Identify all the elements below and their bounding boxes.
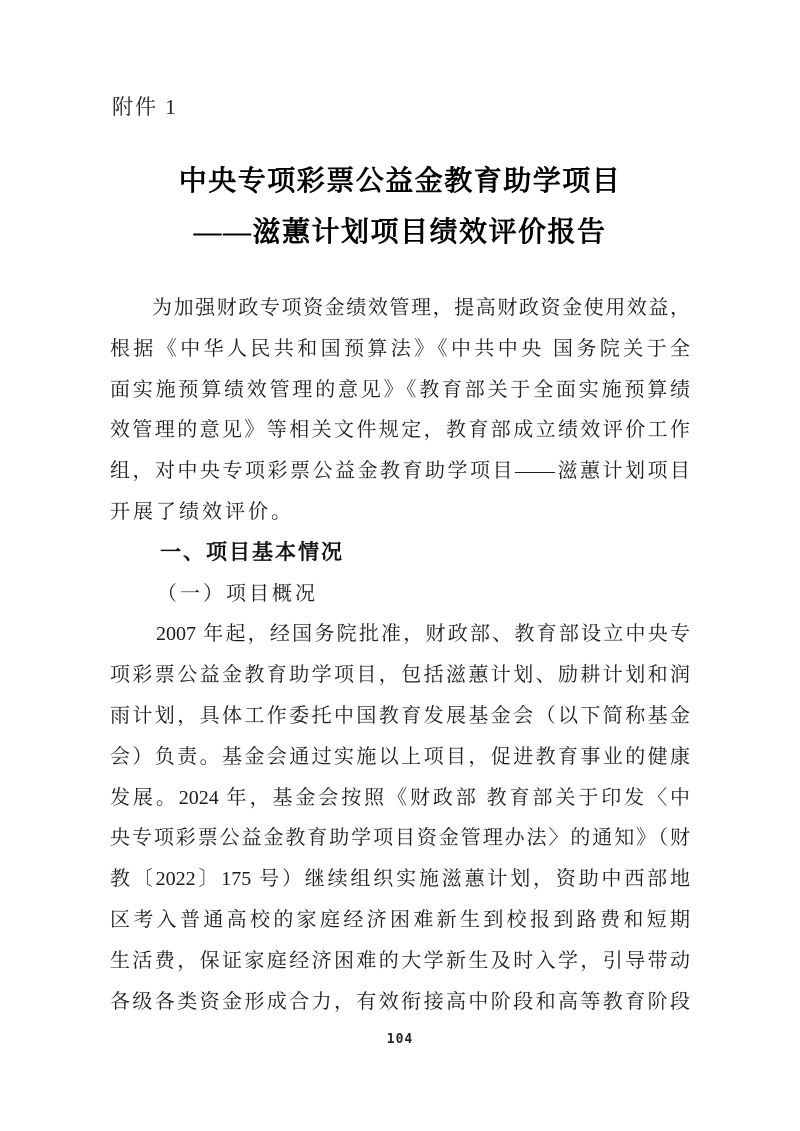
- intro-paragraph-line: 开展了绩效评价。: [110, 492, 690, 533]
- intro-paragraph-line: 面实施预算绩效管理的意见》《教育部关于全面实施预算绩: [110, 370, 690, 411]
- body-paragraph-line: 会）负责。基金会通过实施以上项目，促进教育事业的健康: [110, 737, 690, 778]
- body-paragraph-line: 2007 年起，经国务院批准，财政部、教育部设立中央专: [110, 614, 690, 655]
- section-heading: 一、项目基本情况: [110, 533, 690, 574]
- report-title-line2: ——滋蕙计划项目绩效评价报告: [0, 207, 800, 258]
- section-subheading: （一）项目概况: [110, 574, 690, 615]
- body-paragraph-line: 发展。2024 年，基金会按照《财政部 教育部关于印发〈中: [110, 778, 690, 819]
- document-page: 附件 1 中央专项彩票公益金教育助学项目 ——滋蕙计划项目绩效评价报告 为加强财…: [0, 0, 800, 1131]
- body-paragraph-line: 区考入普通高校的家庭经济困难新生到校报到路费和短期: [110, 900, 690, 941]
- body-paragraph-line: 央专项彩票公益金教育助学项目资金管理办法〉的通知》（财: [110, 818, 690, 859]
- attachment-label: 附件 1: [112, 91, 178, 121]
- report-title-line1: 中央专项彩票公益金教育助学项目: [0, 156, 800, 207]
- body-paragraph-line: 教〔2022〕175 号）继续组织实施滋蕙计划，资助中西部地: [110, 859, 690, 900]
- body-paragraph-line: 生活费，保证家庭经济困难的大学新生及时入学，引导带动: [110, 941, 690, 982]
- intro-paragraph-line: 为加强财政专项资金绩效管理，提高财政资金使用效益，: [110, 288, 690, 329]
- report-title: 中央专项彩票公益金教育助学项目 ——滋蕙计划项目绩效评价报告: [0, 156, 800, 258]
- page-number: 104: [0, 1032, 800, 1047]
- body-paragraph-line: 各级各类资金形成合力，有效衔接高中阶段和高等教育阶段: [110, 982, 690, 1023]
- document-body: 为加强财政专项资金绩效管理，提高财政资金使用效益， 根据《中华人民共和国预算法》…: [110, 288, 690, 1022]
- body-paragraph-line: 项彩票公益金教育助学项目，包括滋蕙计划、励耕计划和润: [110, 655, 690, 696]
- intro-paragraph-line: 组，对中央专项彩票公益金教育助学项目——滋蕙计划项目: [110, 451, 690, 492]
- intro-paragraph-line: 根据《中华人民共和国预算法》《中共中央 国务院关于全: [110, 329, 690, 370]
- intro-paragraph-line: 效管理的意见》等相关文件规定，教育部成立绩效评价工作: [110, 410, 690, 451]
- body-paragraph-line: 雨计划，具体工作委托中国教育发展基金会（以下简称基金: [110, 696, 690, 737]
